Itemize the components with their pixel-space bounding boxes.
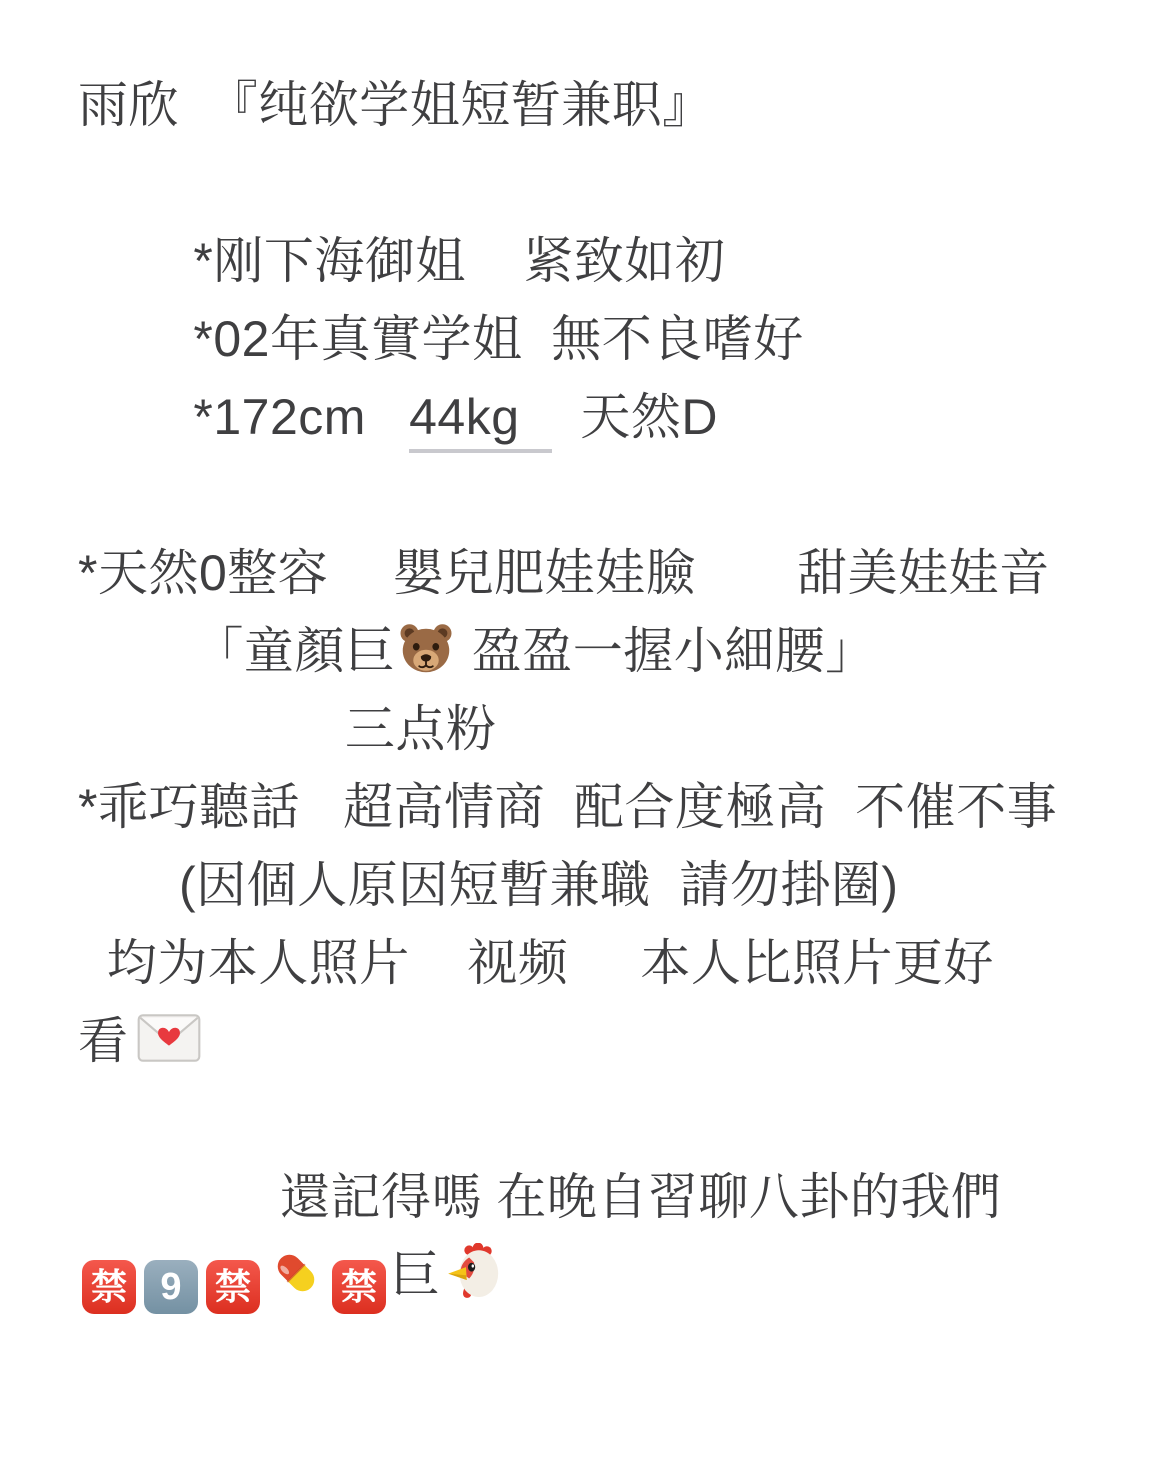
underlined-weight-value: 44kg: [409, 388, 551, 453]
title-line: 雨欣 『纯欲学姐短暂兼职』: [78, 66, 1114, 144]
feature-line-7: *乖巧聽話 超高情商 配合度極高 不催不事: [78, 768, 1114, 846]
blank-line: [78, 456, 1114, 534]
feature-line-3: *172cm 44kg 天然D: [78, 378, 1114, 456]
feature-line-6: 三点粉: [78, 690, 1114, 768]
chicken-icon: [445, 1243, 503, 1301]
keycap-9-glyph: 9: [160, 1268, 181, 1306]
memory-line: 還記得嗎 在晚自習聊八卦的我們: [78, 1158, 1114, 1236]
pill-icon: [268, 1245, 324, 1301]
feature-line-5: 「童顏巨 盈盈一握小細腰」: [78, 612, 1114, 690]
prohibited-button-glyph: 禁: [91, 1269, 127, 1305]
prohibited-button-icon: 禁: [82, 1260, 136, 1314]
emoji-line: 禁9禁 禁巨: [78, 1236, 1114, 1314]
note-line: (因個人原因短暫兼職 請勿掛圈): [78, 846, 1114, 924]
love-letter-icon: [137, 1013, 201, 1063]
photo-line-wrap: 看: [78, 1002, 1114, 1080]
feature-line-1: *刚下海御姐 紧致如初: [78, 222, 1114, 300]
prohibited-button-icon: 禁: [332, 1260, 386, 1314]
prohibited-button-glyph: 禁: [215, 1269, 251, 1305]
blank-line: [78, 1080, 1114, 1158]
feature-line-2: *02年真實学姐 無不良嗜好: [78, 300, 1114, 378]
prohibited-button-glyph: 禁: [341, 1269, 377, 1305]
post-body: 雨欣 『纯欲学姐短暂兼职』 *刚下海御姐 紧致如初 *02年真實学姐 無不良嗜好…: [0, 0, 1170, 1464]
keycap-9-icon: 9: [144, 1260, 198, 1314]
prohibited-button-icon: 禁: [206, 1260, 260, 1314]
photo-line: 均为本人照片 视频 本人比照片更好: [78, 924, 1114, 1002]
feature-line-4: *天然0整容 嬰兒肥娃娃臉 甜美娃娃音: [78, 534, 1114, 612]
blank-line: [78, 144, 1114, 222]
bear-face-icon: [399, 622, 453, 676]
